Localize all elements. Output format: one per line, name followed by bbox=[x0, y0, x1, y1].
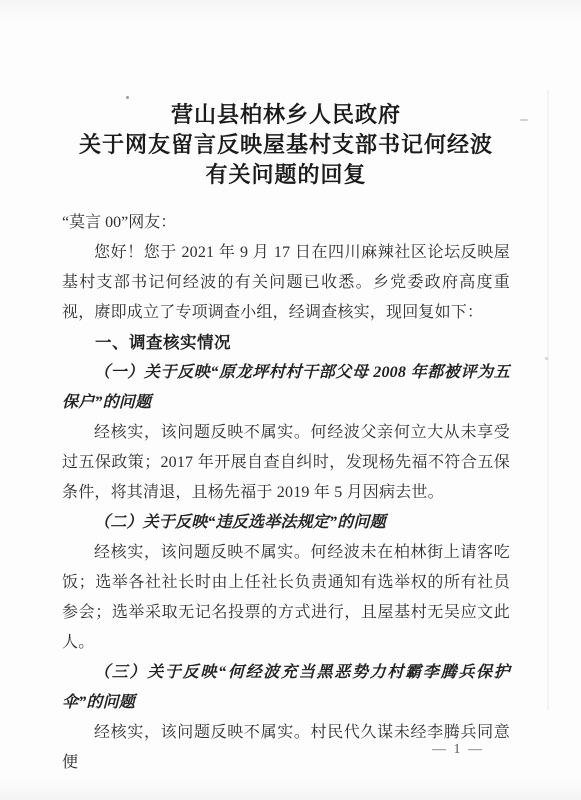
scan-speck bbox=[126, 96, 129, 99]
salutation: “莫言 00”网友： bbox=[62, 208, 510, 238]
scan-speck bbox=[545, 357, 548, 360]
page-number: — 1 — bbox=[432, 742, 484, 758]
scan-smudge-top bbox=[0, 0, 581, 26]
title-line-2: 关于网友留言反映屋基村支部书记何经波 bbox=[62, 130, 510, 160]
paragraph-greeting: 您好！您于 2021 年 9 月 17 日在四川麻辣社区论坛反映屋基村支部书记何… bbox=[62, 238, 510, 328]
scan-speck bbox=[520, 119, 528, 121]
issue-3-heading: （三）关于反映“何经波充当黑恶势力村霸李腾兵保护伞”的问题 bbox=[62, 658, 510, 718]
issue-2-heading: （二）关于反映“违反选举法规定”的问题 bbox=[62, 508, 510, 538]
scanned-document-page: 营山县柏林乡人民政府 关于网友留言反映屋基村支部书记何经波 有关问题的回复 “莫… bbox=[0, 0, 581, 800]
document-content: 营山县柏林乡人民政府 关于网友留言反映屋基村支部书记何经波 有关问题的回复 “莫… bbox=[62, 100, 510, 778]
issue-1-heading: （一）关于反映“原龙坪村村干部父母 2008 年都被评为五保户”的问题 bbox=[62, 358, 510, 418]
issue-2-finding: 经核实，该问题反映不属实。何经波未在柏林街上请客吃饭；选举各社社长时由上任社长负… bbox=[62, 538, 510, 658]
issue-1-finding: 经核实，该问题反映不属实。何经波父亲何立大从未享受过五保政策；2017 年开展自… bbox=[62, 418, 510, 508]
title-line-1: 营山县柏林乡人民政府 bbox=[62, 100, 510, 130]
scan-smudge-bottom bbox=[0, 778, 581, 800]
section-1-heading: 一、调查核实情况 bbox=[62, 328, 510, 358]
document-title: 营山县柏林乡人民政府 关于网友留言反映屋基村支部书记何经波 有关问题的回复 bbox=[62, 100, 510, 190]
title-line-3: 有关问题的回复 bbox=[62, 160, 510, 190]
scan-smudge-right bbox=[547, 90, 549, 710]
